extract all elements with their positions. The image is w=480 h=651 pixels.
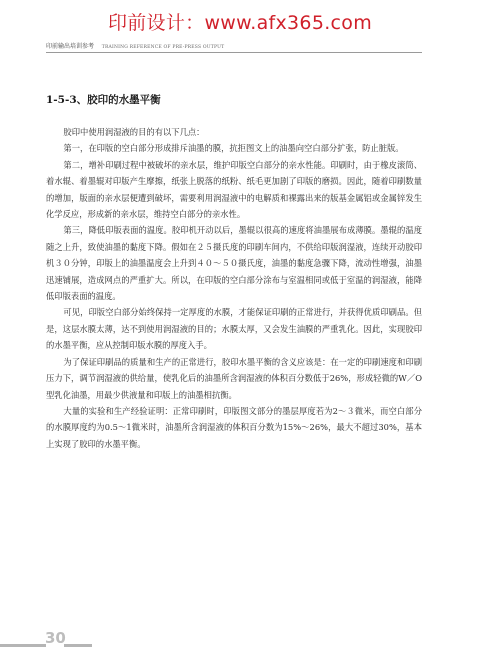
paragraph-definition: 为了保证印刷品的质量和生产的正常进行，胶印水墨平衡的含义应该是：在一定的印刷速度… xyxy=(46,354,422,403)
paragraph-third: 第三，降低印版表面的温度。胶印机开动以后，墨辊以很高的速度将油墨展布成薄膜。墨辊… xyxy=(46,222,422,304)
paragraph-summary: 可见，印版空白部分始终保持一定厚度的水膜，才能保证印刷的正常进行，并获得优质印刷… xyxy=(46,304,422,353)
running-header: 印前输出培训参考 TRAINING REFERENCE OF PRE-PRESS… xyxy=(46,41,422,53)
section-title: 1-5-3、胶印的水墨平衡 xyxy=(46,92,161,107)
page-number: 30 xyxy=(45,628,66,645)
footer-rule-left xyxy=(0,644,46,647)
page-footer: 30 xyxy=(0,628,92,648)
running-header-cn: 印前输出培训参考 xyxy=(46,43,94,50)
paragraph-experiment: 大量的实验和生产经验证明：正常印刷时，印版图文部分的墨层厚度若为2～３微米，而空… xyxy=(46,403,422,452)
footer-rule-right xyxy=(64,644,92,647)
paragraph-second: 第二，增补印刷过程中被破坏的亲水层，维护印版空白部分的亲水性能。印刷时，由于橡皮… xyxy=(46,157,422,223)
paragraph-intro: 胶印中使用润湿液的目的有以下几点： xyxy=(46,124,422,140)
paragraph-first: 第一，在印版的空白部分形成排斥油墨的膜，抗拒图文上的油墨向空白部分扩张，防止脏版… xyxy=(46,140,422,156)
running-header-en: TRAINING REFERENCE OF PRE-PRESS OUTPUT xyxy=(102,45,225,50)
watermark-banner: 印前设计：www.afx365.com xyxy=(0,8,480,35)
body-text: 胶印中使用润湿液的目的有以下几点： 第一，在印版的空白部分形成排斥油墨的膜，抗拒… xyxy=(46,124,422,452)
